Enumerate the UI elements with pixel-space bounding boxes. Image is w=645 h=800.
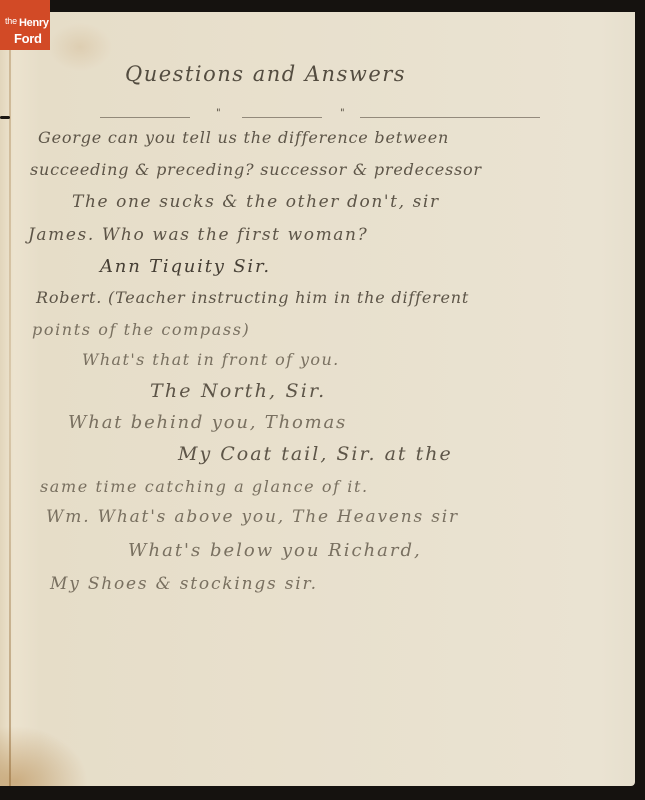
logo-the: the xyxy=(5,17,17,26)
divider-rule xyxy=(242,117,322,118)
divider-rule xyxy=(360,117,540,118)
manuscript-line: What behind you, Thomas xyxy=(68,412,347,433)
manuscript-line: My Shoes & stockings sir. xyxy=(50,574,318,594)
manuscript-line: points of the compass) xyxy=(32,320,250,339)
ditto-mark: " xyxy=(216,108,221,119)
logo-ford: Ford xyxy=(14,32,42,45)
manuscript-line: George can you tell us the difference be… xyxy=(38,128,449,147)
manuscript-line: The one sucks & the other don't, sir xyxy=(72,192,440,212)
manuscript-line: Ann Tiquity Sir. xyxy=(100,256,271,277)
manuscript-line: Robert. (Teacher instructing him in the … xyxy=(36,288,469,307)
manuscript-line: Wm. What's above you, The Heavens sir xyxy=(46,507,459,527)
ditto-mark: " xyxy=(340,108,345,119)
manuscript-line: My Coat tail, Sir. at the xyxy=(178,443,453,465)
manuscript-line: The North, Sir. xyxy=(150,380,326,402)
manuscript-line: succeeding & preceding? successor & pred… xyxy=(30,160,482,179)
manuscript-title: Questions and Answers xyxy=(125,62,406,86)
binding-mark xyxy=(0,116,10,119)
logo-henry: Henry xyxy=(19,18,49,29)
manuscript-line: What's that in front of you. xyxy=(82,350,340,369)
manuscript-line: same time catching a glance of it. xyxy=(40,477,369,496)
divider-rule xyxy=(100,117,190,118)
scanned-manuscript: the Henry Ford Questions and Answers " "… xyxy=(0,0,645,800)
henry-ford-logo: the Henry Ford xyxy=(0,0,50,50)
page-gutter xyxy=(9,12,11,786)
manuscript-line: What's below you Richard, xyxy=(128,540,422,561)
manuscript-line: James. Who was the first woman? xyxy=(28,225,368,245)
